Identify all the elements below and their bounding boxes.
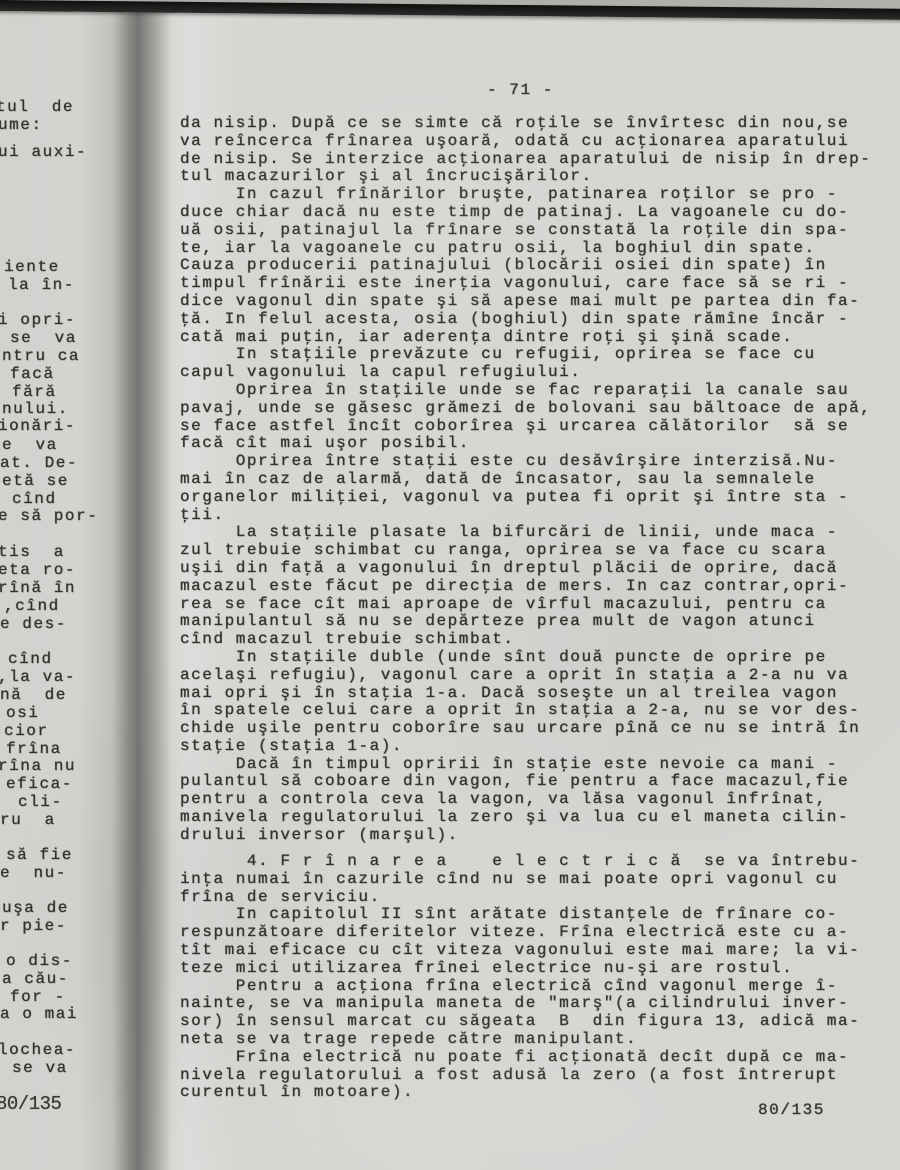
left-page-text-fragment: ntru ca	[2, 348, 80, 366]
left-page-text-fragment: cli-	[18, 794, 63, 812]
left-page-text-fragment: o dis-	[6, 953, 73, 971]
page-number: - 71 -	[487, 82, 554, 100]
left-page-text-fragment: etă se	[2, 473, 69, 491]
left-page-text-fragment: se va	[12, 1060, 68, 1078]
page-footer-number: 80/135	[758, 1102, 825, 1120]
left-page-text-fragment: at. De-	[0, 455, 78, 473]
left-page-text-fragment: lochea-	[0, 1042, 76, 1060]
left-page-text-fragment: se va	[10, 330, 77, 348]
left-page-text-fragment: să fie	[6, 847, 73, 865]
left-page-text-fragment: ui auxi-	[0, 144, 87, 162]
left-page-text-fragment: r pie-	[0, 918, 67, 936]
left-page-text-fragment: eta ro-	[0, 562, 76, 580]
left-page-text-fragment: a cău-	[2, 971, 69, 989]
left-page-text-fragment: e să por-	[0, 508, 98, 526]
left-page-text-fragment: rîna nu	[0, 758, 76, 776]
left-page-text-fragment: uşa de	[2, 900, 69, 918]
left-page-text-fragment: e nu-	[0, 865, 67, 883]
left-page-text-fragment: facă	[10, 366, 55, 384]
left-page-text-fragment: cior	[4, 723, 49, 741]
left-page-text-fragment: cînd	[8, 651, 53, 669]
left-page-text-fragment: nă de	[0, 687, 67, 705]
left-page-text-fragment: ,cînd	[4, 598, 60, 616]
left-page-text-fragment: a o mai	[0, 1006, 78, 1024]
left-page-text-fragment: efica-	[6, 776, 73, 794]
left-page-text-fragment: iente	[4, 259, 60, 277]
left-page-text-fragment: la în-	[8, 277, 75, 295]
left-page-text-fragment: tis a	[0, 544, 65, 562]
left-page-text-fragment: tul de	[0, 99, 74, 117]
left-page-text-fragment: ru a	[0, 812, 56, 830]
left-page-text-fragment: osi	[6, 705, 39, 723]
left-page-text-fragment: ionări-	[0, 418, 76, 436]
left-page-text-fragment: ume:	[0, 117, 43, 135]
left-page-text-fragment: e des-	[0, 616, 67, 634]
body-text-block-1: da nisip. După ce se simte că roţile se …	[180, 115, 871, 845]
left-page-footer-number: 80/135	[0, 1092, 61, 1116]
left-page-text-fragment: e va	[2, 437, 58, 455]
scanned-document-page: tul deume:ui auxi-ientela în-i opri-se v…	[0, 0, 900, 1170]
left-page-text-fragment: rînă în	[0, 580, 76, 598]
left-page-text-fragment: ,la va-	[0, 669, 76, 687]
body-text-block-2: 4. F r î n a r e a e l e c t r i c ă se …	[180, 853, 860, 1102]
left-page-text-fragment: i opri-	[0, 312, 76, 330]
